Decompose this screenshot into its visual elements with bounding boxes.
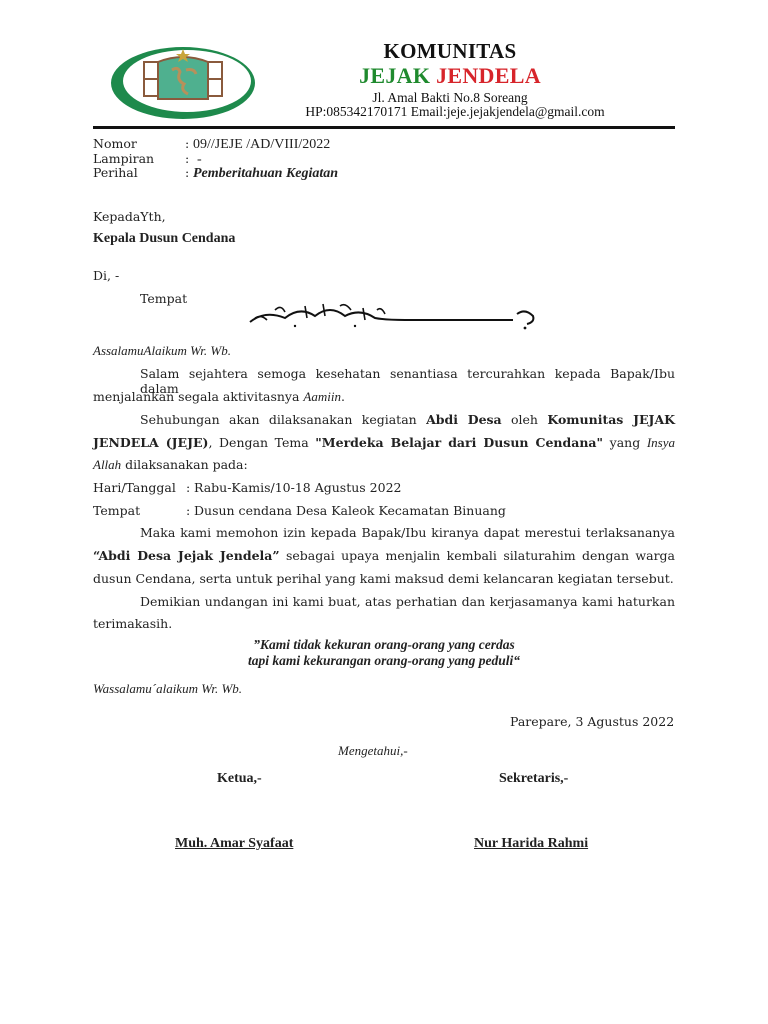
meta-perihal: Perihal:Pemberitahuan Kegiatan <box>93 165 338 182</box>
basmalah-calligraphy-icon <box>245 296 545 332</box>
secretary-role: Sekretaris,- <box>499 771 619 787</box>
place-date: Parepare, 3 Agustus 2022 <box>510 714 680 729</box>
paragraph-1-line-2: menjalankan segala aktivitasnya Aamiin. <box>93 389 675 405</box>
recipient-di: Di, - <box>93 268 675 283</box>
perihal-label: Perihal <box>93 165 185 180</box>
paragraph-3-line-3: dusun Cendana, serta untuk perihal yang … <box>93 571 675 586</box>
paragraph-2-line-2: JENDELA (JEJE), Dengan Tema "Merdeka Bel… <box>93 435 675 451</box>
org-name-part2: JENDELA <box>436 63 541 88</box>
paragraph-3-line-2: “Abdi Desa Jejak Jendela” sebagai upaya … <box>93 548 675 563</box>
schedule-date-value: Rabu-Kamis/10-18 Agustus 2022 <box>194 480 401 495</box>
motto-line-1: ”Kami tidak kekuran orang-orang yang cer… <box>93 637 675 653</box>
paragraph-4-line-1: Demikian undangan ini kami buat, atas pe… <box>93 594 675 609</box>
recipient-salutation: KepadaYth, <box>93 209 675 224</box>
org-name-part1: JEJAK <box>359 63 430 88</box>
schedule-place-label: Tempat <box>93 503 186 518</box>
org-name: JEJAK JENDELA <box>300 63 600 89</box>
paragraph-2-line-3: Allah dilaksanakan pada: <box>93 457 675 473</box>
letterhead-divider <box>93 126 675 129</box>
org-title: KOMUNITAS <box>300 39 600 64</box>
motto-line-2: tapi kami kekurangan orang-orang yang pe… <box>93 653 675 669</box>
acknowledged-label: Mengetahui,- <box>338 743 458 759</box>
chairman-name: Muh. Amar Syafaat <box>175 835 375 852</box>
paragraph-4-line-2: terimakasih. <box>93 616 675 631</box>
organization-logo <box>108 44 258 122</box>
schedule-date-label: Hari/Tanggal <box>93 480 186 495</box>
closing-greeting: Wassalamu´alaikum Wr. Wb. <box>93 681 675 697</box>
schedule-place-value: Dusun cendana Desa Kaleok Kecamatan Binu… <box>194 503 506 518</box>
recipient-name: Kepala Dusun Cendana <box>93 231 675 247</box>
secretary-name: Nur Harida Rahmi <box>474 835 674 852</box>
paragraph-3-line-1: Maka kami memohon izin kepada Bapak/Ibu … <box>93 525 675 540</box>
lampiran-label: Lampiran <box>93 151 185 166</box>
perihal-value: Pemberitahuan Kegiatan <box>193 166 338 181</box>
schedule-row-date: Hari/Tanggal:Rabu-Kamis/10-18 Agustus 20… <box>93 480 675 495</box>
window-logo-icon <box>108 44 258 122</box>
schedule-row-place: Tempat:Dusun cendana Desa Kaleok Kecamat… <box>93 503 675 518</box>
paragraph-2-line-1: Sehubungan akan dilaksanakan kegiatan Ab… <box>93 412 675 427</box>
org-contact: HP:085342170171 Email:jeje.jejakjendela@… <box>240 104 670 120</box>
nomor-label: Nomor <box>93 136 185 151</box>
chairman-role: Ketua,- <box>217 771 337 787</box>
nomor-value: 09//JEJE /AD/VIII/2022 <box>193 137 330 152</box>
greeting: AssalamuAlaikum Wr. Wb. <box>93 343 675 359</box>
